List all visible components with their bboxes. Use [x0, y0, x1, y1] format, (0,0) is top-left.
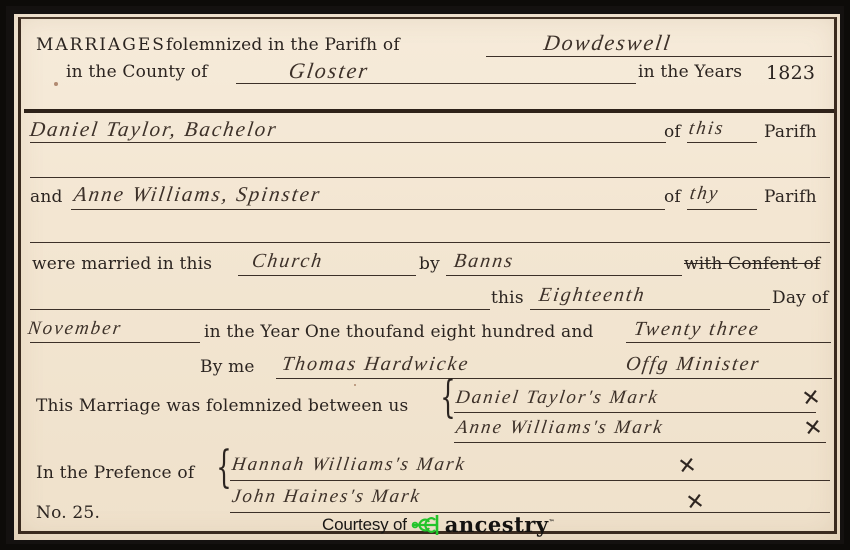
witness-2-signature: John Haines's Mark [230, 486, 422, 508]
groom-signature-line [454, 412, 816, 413]
groom-parish-label: Parifh [764, 122, 817, 142]
header-divider [24, 109, 834, 113]
ancestry-brand: ancestry™ [445, 512, 555, 537]
county-label: in the County of [66, 62, 208, 82]
entry-number: No. 25. [36, 503, 100, 523]
ancestry-watermark: Courtesy of ancestry™ [322, 512, 555, 537]
witness-1-line [230, 480, 830, 481]
header-title-rest: folemnized in the Parifh of [166, 35, 400, 55]
witness-1-signature: Hannah Williams's Mark [230, 454, 467, 476]
bride-blank-line [30, 242, 830, 243]
bride-residence-line [687, 209, 757, 210]
month-line [30, 342, 200, 343]
parish-name: Dowdeswell [542, 30, 673, 56]
ceremony-place: Church [250, 250, 324, 273]
bride-parish-label: Parifh [764, 187, 817, 207]
officiant-line [276, 378, 832, 379]
year-words-line [626, 342, 831, 343]
bride-signature-line [454, 442, 826, 443]
bride-mark-x: ✕ [802, 415, 824, 442]
married-label: were married in this [32, 254, 212, 274]
date-day: Eighteenth [537, 284, 647, 307]
parties-brace: { [440, 376, 455, 420]
bride-of-label: of [664, 187, 681, 207]
consent-label: with Confent of [684, 254, 820, 274]
county-name: Gloster [287, 58, 371, 84]
groom-entry: Daniel Taylor, Bachelor [28, 117, 279, 142]
date-year-label: in the Year One thoufand eight hundred a… [204, 322, 594, 342]
bride-and-label: and [30, 187, 63, 207]
date-year-words: Twenty three [632, 318, 761, 341]
witnesses-brace: { [216, 446, 231, 490]
bride-residence: thy [688, 183, 720, 205]
bride-entry: Anne Williams, Spinster [72, 182, 323, 207]
header-title-caps: MARRIAGES [36, 35, 166, 55]
groom-mark-x: ✕ [800, 385, 822, 412]
courtesy-label: Courtesy of [322, 515, 407, 535]
header-year: 1823 [766, 62, 815, 84]
parish-line [486, 56, 832, 57]
year-label: in the Years [638, 62, 742, 82]
day-line [530, 309, 770, 310]
register-page: MARRIAGES folemnized in the Parifh of Do… [14, 14, 840, 540]
consent-blank-line [30, 309, 490, 310]
date-this-label: this [491, 288, 524, 308]
image-frame: MARRIAGES folemnized in the Parifh of Do… [6, 6, 844, 544]
ancestry-leaf-icon [411, 514, 441, 536]
groom-blank-line [30, 177, 830, 178]
parties-label: This Marriage was folemnized between us [36, 396, 409, 416]
groom-residence-line [687, 142, 757, 143]
witness-1-mark-x: ✕ [676, 453, 698, 480]
groom-line [30, 142, 666, 143]
groom-residence: this [687, 118, 726, 140]
paper-stain [54, 82, 58, 86]
by-me-label: By me [200, 357, 255, 377]
witnesses-label: In the Prefence of [36, 463, 194, 483]
date-month: November [26, 318, 123, 340]
by-label: by [419, 254, 440, 274]
bride-signature: Anne Williams's Mark [454, 417, 665, 439]
ceremony-method: Banns [452, 250, 515, 273]
officiant-title: Offg Minister [624, 353, 762, 376]
day-of-label: Day of [772, 288, 829, 308]
groom-signature: Daniel Taylor's Mark [454, 387, 660, 409]
bride-line [71, 209, 665, 210]
place-line [238, 275, 416, 276]
method-line [446, 275, 682, 276]
paper-stain [354, 384, 356, 386]
groom-of-label: of [664, 122, 681, 142]
